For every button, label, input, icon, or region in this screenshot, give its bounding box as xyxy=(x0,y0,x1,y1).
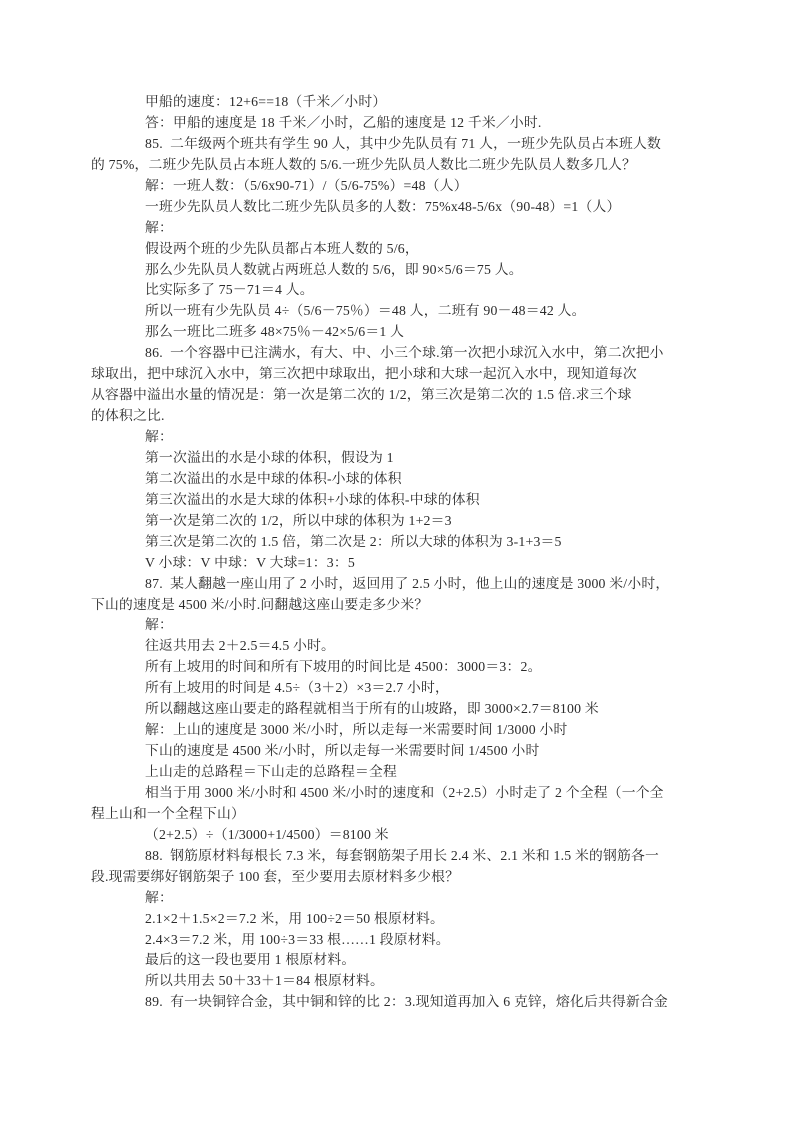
document-line: 假设两个班的少先队员都占本班人数的 5/6， xyxy=(91,239,711,260)
document-line: 球取出，把中球沉入水中，第三次把中球取出，把小球和大球一起沉入水中，现知道每次 xyxy=(91,364,711,385)
document-line: 所以翻越这座山要走的路程就相当于所有的山坡路，即 3000×2.7＝8100 米 xyxy=(91,699,711,720)
document-line: 第三次溢出的水是大球的体积+小球的体积-中球的体积 xyxy=(91,490,711,511)
document-line: 最后的这一段也要用 1 根原材料。 xyxy=(91,950,711,971)
document-line: 86. 一个容器中已注满水，有大、中、小三个球.第一次把小球沉入水中，第二次把小 xyxy=(91,343,711,364)
document-line: 解： xyxy=(91,615,711,636)
document-line: 程上山和一个全程下山） xyxy=(91,804,711,825)
page-body: { "page": { "background": "#ffffff", "te… xyxy=(0,0,793,1122)
document-line: 所有上坡用的时间是 4.5÷（3＋2）×3＝2.7 小时， xyxy=(91,678,711,699)
document-line: 85. 二年级两个班共有学生 90 人，其中少先队员有 71 人，一班少先队员占… xyxy=(91,134,711,155)
document-page: 甲船的速度：12+6==18（千米／小时）答：甲船的速度是 18 千米／小时，乙… xyxy=(0,0,793,1122)
document-line: 相当于用 3000 米/小时和 4500 米/小时的速度和（2+2.5）小时走了… xyxy=(91,783,711,804)
document-line: 解： xyxy=(91,888,711,909)
document-line: 所有上坡用的时间和所有下坡用的时间比是 4500：3000＝3：2。 xyxy=(91,657,711,678)
document-line: 第一次溢出的水是小球的体积，假设为 1 xyxy=(91,448,711,469)
document-line: 下山的速度是 4500 米/小时.问翻越这座山要走多少米？ xyxy=(91,595,711,616)
document-line: 所以共用去 50＋33＋1＝84 根原材料。 xyxy=(91,971,711,992)
document-line: 解： xyxy=(91,218,711,239)
document-line: 比实际多了 75－71＝4 人。 xyxy=(91,280,711,301)
document-line: 段.现需要绑好钢筋架子 100 套，至少要用去原材料多少根？ xyxy=(91,867,711,888)
document-line: 下山的速度是 4500 米/小时，所以走每一米需要时间 1/4500 小时 xyxy=(91,741,711,762)
document-line: V 小球：V 中球：V 大球=1：3：5 xyxy=(91,553,711,574)
document-text-block: 甲船的速度：12+6==18（千米／小时）答：甲船的速度是 18 千米／小时，乙… xyxy=(91,92,711,1013)
document-line: 2.4×3＝7.2 米，用 100÷3＝33 根……1 段原材料。 xyxy=(91,930,711,951)
document-line: 所以一班有少先队员 4÷（5/6－75％）＝48 人，二班有 90－48＝42 … xyxy=(91,301,711,322)
document-line: 第一次是第二次的 1/2，所以中球的体积为 1+2＝3 xyxy=(91,511,711,532)
document-line: 甲船的速度：12+6==18（千米／小时） xyxy=(91,92,711,113)
document-line: 第二次溢出的水是中球的体积-小球的体积 xyxy=(91,469,711,490)
document-line: 往返共用去 2＋2.5＝4.5 小时。 xyxy=(91,636,711,657)
document-line: 那么少先队员人数就占两班总人数的 5/6，即 90×5/6＝75 人。 xyxy=(91,260,711,281)
document-line: 的 75%，二班少先队员占本班人数的 5/6.一班少先队员人数比二班少先队员人数… xyxy=(91,155,711,176)
document-line: 87. 某人翻越一座山用了 2 小时，返回用了 2.5 小时，他上山的速度是 3… xyxy=(91,574,711,595)
document-line: 第三次是第二次的 1.5 倍，第二次是 2：所以大球的体积为 3-1+3＝5 xyxy=(91,532,711,553)
document-line: 89. 有一块铜锌合金，其中铜和锌的比 2：3.现知道再加入 6 克锌，熔化后共… xyxy=(91,992,711,1013)
document-line: （2+2.5）÷（1/3000+1/4500）＝8100 米 xyxy=(91,825,711,846)
document-line: 2.1×2＋1.5×2＝7.2 米，用 100÷2＝50 根原材料。 xyxy=(91,909,711,930)
document-line: 的体积之比. xyxy=(91,406,711,427)
document-line: 从容器中溢出水量的情况是：第一次是第二次的 1/2，第三次是第二次的 1.5 倍… xyxy=(91,385,711,406)
document-line: 解：一班人数：（5/6x90-71）/（5/6-75%）=48（人） xyxy=(91,176,711,197)
document-line: 一班少先队员人数比二班少先队员多的人数：75%x48-5/6x（90-48）=1… xyxy=(91,197,711,218)
document-line: 解： xyxy=(91,427,711,448)
document-line: 上山走的总路程＝下山走的总路程＝全程 xyxy=(91,762,711,783)
document-line: 88. 钢筋原材料每根长 7.3 米，每套钢筋架子用长 2.4 米、2.1 米和… xyxy=(91,846,711,867)
document-line: 那么一班比二班多 48×75％－42×5/6＝1 人 xyxy=(91,322,711,343)
document-line: 解：上山的速度是 3000 米/小时，所以走每一米需要时间 1/3000 小时 xyxy=(91,720,711,741)
document-line: 答：甲船的速度是 18 千米／小时，乙船的速度是 12 千米／小时. xyxy=(91,113,711,134)
